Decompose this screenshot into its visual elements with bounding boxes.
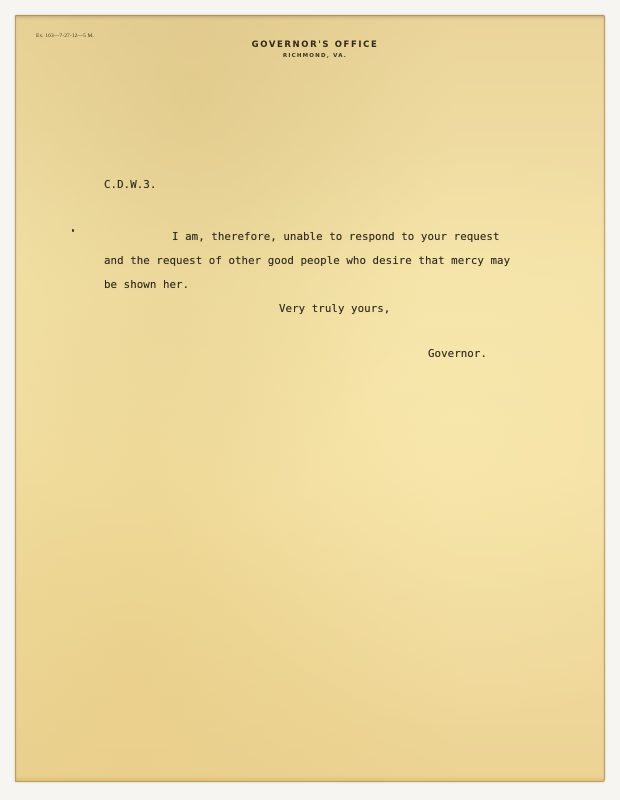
scanned-document: Ex. 163—7-27-12—5 M. GOVERNOR'S OFFICE R… — [0, 0, 620, 800]
body-line: I am, therefore, unable to respond to yo… — [172, 230, 500, 243]
closing: Very truly yours, — [279, 302, 390, 315]
ink-speck — [72, 229, 74, 232]
letterhead-office: GOVERNOR'S OFFICE — [10, 40, 620, 50]
letterhead: GOVERNOR'S OFFICE RICHMOND, VA. — [0, 40, 620, 59]
signature-title: Governor. — [428, 347, 487, 360]
letterhead-city: RICHMOND, VA. — [10, 53, 620, 59]
reference-initials: C.D.W.3. — [104, 178, 156, 191]
body-line: be shown her. — [104, 278, 189, 291]
body-line: and the request of other good people who… — [104, 254, 510, 267]
letter-page — [15, 15, 605, 782]
form-number: Ex. 163—7-27-12—5 M. — [36, 33, 94, 39]
